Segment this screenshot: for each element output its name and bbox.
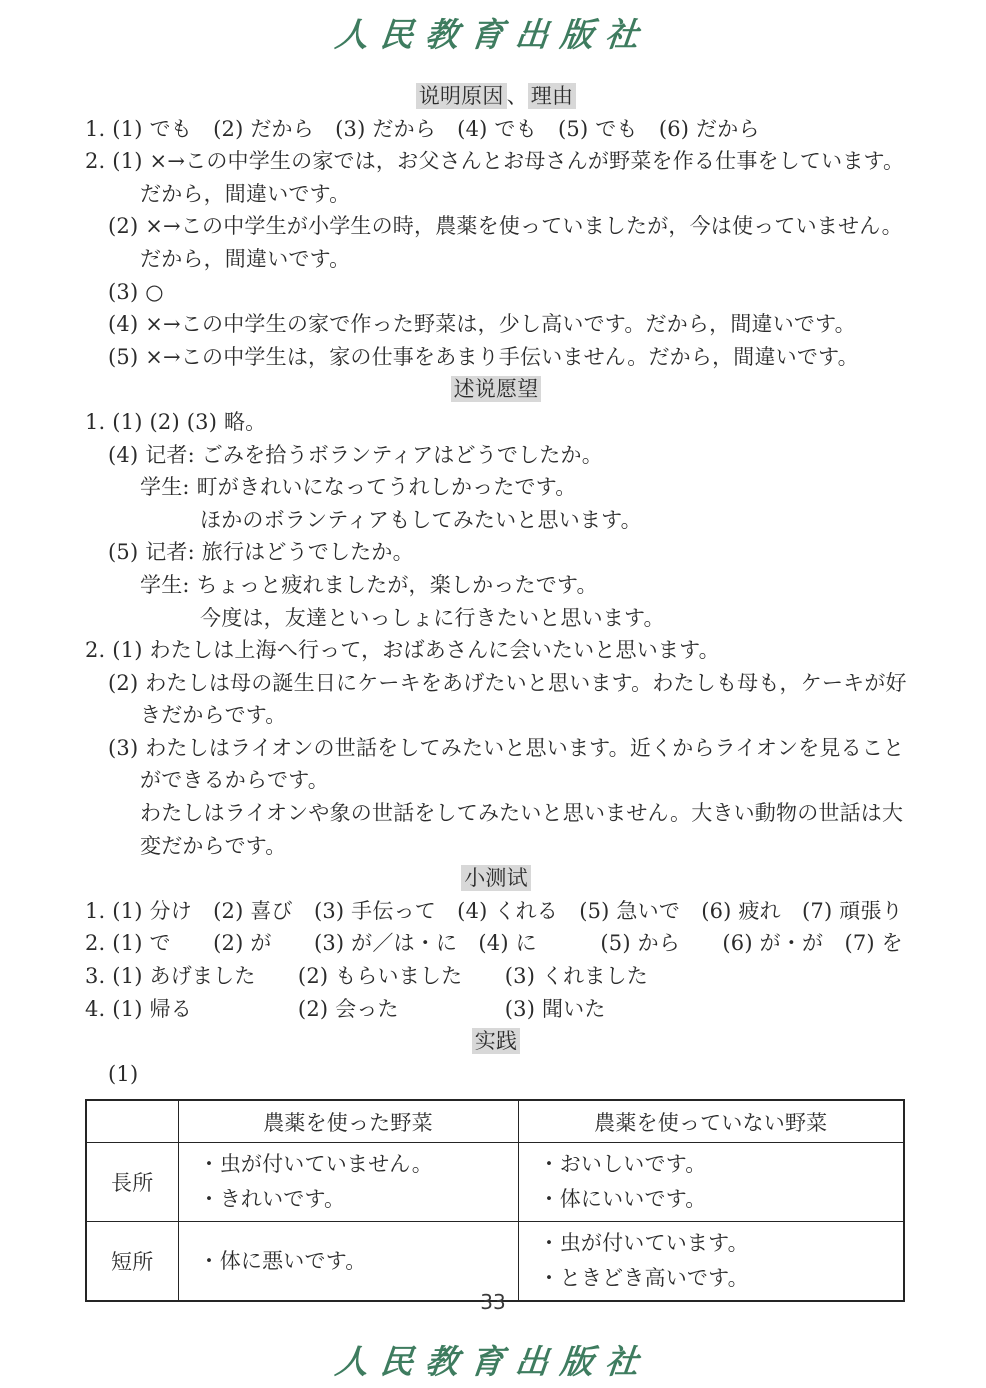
- answer-line: (3) ○: [108, 276, 907, 309]
- heading-text: 实践: [472, 1028, 520, 1054]
- section-heading-practice: 实践: [85, 1025, 907, 1058]
- answer-line: 2. (1) わたしは上海へ行って，おばあさんに会いたいと思います。: [85, 634, 907, 667]
- answer-line: 1. (1) でも (2) だから (3) だから (4) でも (5) でも …: [85, 113, 907, 146]
- answer-line: 1. (1) 分け (2) 喜び (3) 手伝って (4) くれる (5) 急い…: [85, 895, 907, 928]
- answer-line: だから，間違いです。: [140, 178, 907, 211]
- table-cell: ・おいしいです。・体にいいです。: [518, 1143, 904, 1222]
- answer-line: 今度は，友達といっしょに行きたいと思います。: [200, 602, 907, 635]
- table-cell-line: ・虫が付いていません。: [199, 1147, 514, 1182]
- answer-line: (2) わたしは母の誕生日にケーキをあげたいと思います。わたしも母も，ケーキが好: [108, 667, 907, 700]
- publisher-logo-bottom: 人民教育出版社: [0, 1336, 986, 1383]
- answer-line: 変だからです。: [140, 830, 907, 863]
- heading-text: 小测试: [461, 865, 531, 891]
- answer-line: (1): [108, 1058, 907, 1091]
- answer-line: 2. (1) ×→この中学生の家では，お父さんとお母さんが野菜を作る仕事をしてい…: [85, 145, 907, 178]
- table-cell-line: ・虫が付いています。: [539, 1226, 900, 1261]
- answer-line: 4. (1) 帰る (2) 会った (3) 聞いた: [85, 993, 907, 1026]
- table-column-header: 農薬を使っていない野菜: [518, 1100, 904, 1143]
- section-quiz: 小测试1. (1) 分け (2) 喜び (3) 手伝って (4) くれる (5)…: [85, 862, 907, 1025]
- section-heading-explain-reasons: 说明原因、理由: [85, 80, 907, 113]
- answer-line: (4) 记者: ごみを拾うボランティアはどうでしたか。: [108, 439, 907, 472]
- answer-line: 1. (1) (2) (3) 略。: [85, 406, 907, 439]
- textbook-answer-page: 人民教育出版社 说明原因、理由1. (1) でも (2) だから (3) だから…: [0, 0, 986, 1388]
- table-row: 長所・虫が付いていません。・きれいです。・おいしいです。・体にいいです。: [86, 1143, 904, 1222]
- answer-line: 2. (1) で (2) が (3) が／は・に (4) に (5) から (6…: [85, 927, 907, 960]
- table-header-row: 農薬を使った野菜農薬を使っていない野菜: [86, 1100, 904, 1143]
- answer-line: ほかのボランティアもしてみたいと思います。: [200, 504, 907, 537]
- answer-line: 学生: 町がきれいになってうれしかったです。: [140, 471, 907, 504]
- heading-text: 理由: [528, 83, 576, 109]
- answer-line: (2) ×→この中学生が小学生の時，農薬を使っていましたが，今は使っていません。: [108, 210, 907, 243]
- table-row-label: 長所: [86, 1143, 178, 1222]
- answer-key-content: 说明原因、理由1. (1) でも (2) だから (3) だから (4) でも …: [85, 80, 907, 1302]
- practice-comparison-table: 農薬を使った野菜農薬を使っていない野菜長所・虫が付いていません。・きれいです。・…: [85, 1099, 905, 1302]
- table-cell-line: ・きれいです。: [199, 1182, 514, 1217]
- heading-text: 述说愿望: [451, 376, 542, 402]
- answer-line: (5) 记者: 旅行はどうでしたか。: [108, 536, 907, 569]
- section-express-wishes: 述说愿望1. (1) (2) (3) 略。(4) 记者: ごみを拾うボランティア…: [85, 373, 907, 862]
- table-column-header: 農薬を使った野菜: [178, 1100, 518, 1143]
- heading-text: 、: [507, 84, 528, 108]
- section-explain-reasons: 说明原因、理由1. (1) でも (2) だから (3) だから (4) でも …: [85, 80, 907, 373]
- table-cell-line: ・おいしいです。: [539, 1147, 900, 1182]
- table-cell-line: ・体に悪いです。: [199, 1244, 514, 1279]
- table-corner-cell: [86, 1100, 178, 1143]
- answer-line: (5) ×→この中学生は，家の仕事をあまり手伝いません。だから，間違いです。: [108, 341, 907, 374]
- heading-text: 说明原因: [416, 83, 507, 109]
- publisher-logo-top: 人民教育出版社: [0, 9, 986, 56]
- answer-line: わたしはライオンや象の世話をしてみたいと思いません。大きい動物の世話は大: [140, 797, 907, 830]
- answer-line: ができるからです。: [140, 764, 907, 797]
- section-practice: 实践(1): [85, 1025, 907, 1090]
- page-number: 33: [0, 1290, 986, 1314]
- answer-line: 3. (1) あげました (2) もらいました (3) くれました: [85, 960, 907, 993]
- table-cell-line: ・体にいいです。: [539, 1182, 900, 1217]
- answer-sections: 说明原因、理由1. (1) でも (2) だから (3) だから (4) でも …: [85, 80, 907, 1090]
- answer-line: きだからです。: [140, 699, 907, 732]
- section-heading-quiz: 小测试: [85, 862, 907, 895]
- section-heading-express-wishes: 述说愿望: [85, 373, 907, 406]
- table-cell: ・虫が付いていません。・きれいです。: [178, 1143, 518, 1222]
- answer-line: (4) ×→この中学生の家で作った野菜は，少し高いです。だから，間違いです。: [108, 308, 907, 341]
- answer-line: だから，間違いです。: [140, 243, 907, 276]
- answer-line: 学生: ちょっと疲れましたが，楽しかったです。: [140, 569, 907, 602]
- answer-line: (3) わたしはライオンの世話をしてみたいと思います。近くからライオンを見ること: [108, 732, 907, 765]
